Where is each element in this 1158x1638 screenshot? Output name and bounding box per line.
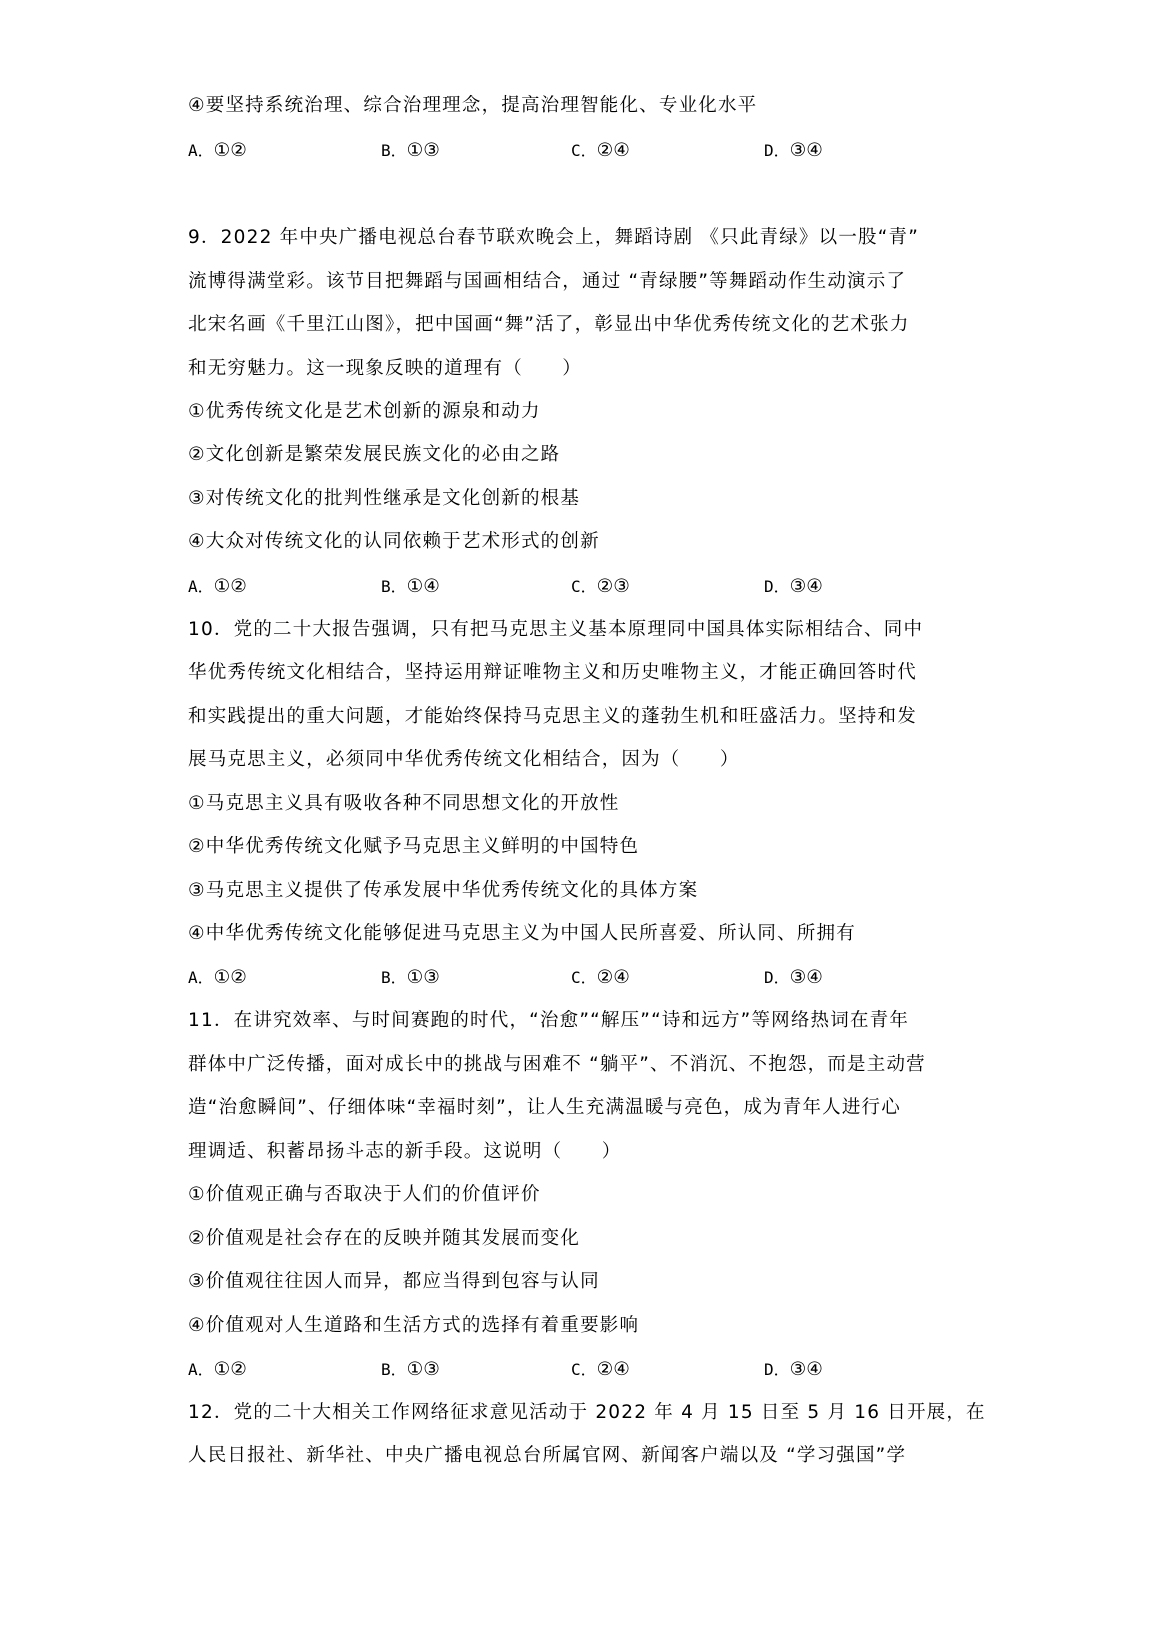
option-label: C． (571, 968, 597, 987)
option-value: ①② (214, 140, 247, 161)
q11-statement-2: ②价值观是社会存在的反映并随其发展而变化 (188, 1227, 580, 1251)
q8-option-d[interactable]: D．③④ (764, 139, 823, 163)
q9-statement-3: ③对传统文化的批判性继承是文化创新的根基 (188, 487, 580, 511)
q9-stem-line-4: 和无穷魅力。这一现象反映的道理有（ ） (188, 357, 582, 381)
q8-option-b[interactable]: B．①③ (381, 139, 440, 163)
option-value: ①② (214, 1359, 247, 1380)
q11-option-a[interactable]: A．①② (188, 1358, 247, 1382)
q10-stem-line-1: 10．党的二十大报告强调，只有把马克思主义基本原理同中国具体实际相结合、同中 (188, 618, 923, 642)
option-label: A． (188, 1360, 214, 1379)
option-value: ③④ (790, 1359, 823, 1380)
q9-option-b[interactable]: B．①④ (381, 575, 440, 599)
option-value: ①③ (407, 140, 440, 161)
q9-stem-line-3: 北宋名画《千里江山图》，把中国画“舞”活了，彰显出中华优秀传统文化的艺术张力 (188, 313, 910, 337)
q11-statement-4: ④价值观对人生道路和生活方式的选择有着重要影响 (188, 1314, 639, 1338)
option-label: A． (188, 577, 214, 596)
option-value: ②④ (597, 1359, 630, 1380)
option-label: B． (381, 1360, 407, 1379)
q12-stem-line-1: 12．党的二十大相关工作网络征求意见活动于 2022 年 4 月 15 日至 5… (188, 1401, 986, 1425)
q10-statement-3: ③马克思主义提供了传承发展中华优秀传统文化的具体方案 (188, 879, 698, 903)
option-label: A． (188, 968, 214, 987)
q8-statement-4: ④要坚持系统治理、综合治理理念，提高治理智能化、专业化水平 (188, 94, 757, 118)
q9-stem-line-1: 9．2022 年中央广播电视总台春节联欢晚会上，舞蹈诗剧 《只此青绿》以一股“青… (188, 226, 919, 250)
q11-statement-3: ③价值观往往因人而异，都应当得到包容与认同 (188, 1270, 600, 1294)
option-label: C． (571, 141, 597, 160)
option-label: C． (571, 1360, 597, 1379)
q11-option-c[interactable]: C．②④ (571, 1358, 630, 1382)
q10-option-d[interactable]: D．③④ (764, 966, 823, 990)
q10-stem-line-3: 和实践提出的重大问题，才能始终保持马克思主义的蓬勃生机和旺盛活力。坚持和发 (188, 705, 917, 729)
q11-stem-line-2: 群体中广泛传播，面对成长中的挑战与困难不 “躺平”、不消沉、不抱怨，而是主动营 (188, 1053, 926, 1077)
option-label: B． (381, 968, 407, 987)
option-value: ①③ (407, 967, 440, 988)
option-label: C． (571, 577, 597, 596)
option-label: A． (188, 141, 214, 160)
option-label: B． (381, 141, 407, 160)
q10-stem-line-4: 展马克思主义，必须同中华优秀传统文化相结合，因为（ ） (188, 748, 740, 772)
q11-stem-line-3: 造“治愈瞬间”、仔细体味“幸福时刻”，让人生充满温暖与亮色，成为青年人进行心 (188, 1096, 901, 1120)
q8-option-a[interactable]: A．①② (188, 139, 247, 163)
option-value: ③④ (790, 140, 823, 161)
option-label: D． (764, 1360, 790, 1379)
q10-statement-4: ④中华优秀传统文化能够促进马克思主义为中国人民所喜爱、所认同、所拥有 (188, 922, 856, 946)
exam-page: ④要坚持系统治理、综合治理理念，提高治理智能化、专业化水平 A．①② B．①③ … (0, 0, 1158, 1638)
option-value: ②④ (597, 140, 630, 161)
q10-statement-2: ②中华优秀传统文化赋予马克思主义鲜明的中国特色 (188, 835, 639, 859)
option-label: B． (381, 577, 407, 596)
q11-stem-line-4: 理调适、积蓄昂扬斗志的新手段。这说明（ ） (188, 1140, 621, 1164)
q9-option-d[interactable]: D．③④ (764, 575, 823, 599)
q10-option-a[interactable]: A．①② (188, 966, 247, 990)
q10-option-c[interactable]: C．②④ (571, 966, 630, 990)
q10-stem-line-2: 华优秀传统文化相结合，坚持运用辩证唯物主义和历史唯物主义，才能正确回答时代 (188, 661, 917, 685)
option-value: ①② (214, 576, 247, 597)
option-value: ②④ (597, 967, 630, 988)
q9-option-c[interactable]: C．②③ (571, 575, 630, 599)
q11-statement-1: ①价值观正确与否取决于人们的价值评价 (188, 1183, 541, 1207)
q11-option-b[interactable]: B．①③ (381, 1358, 440, 1382)
option-label: D． (764, 968, 790, 987)
q8-option-c[interactable]: C．②④ (571, 139, 630, 163)
q10-statement-1: ①马克思主义具有吸收各种不同思想文化的开放性 (188, 792, 620, 816)
option-label: D． (764, 141, 790, 160)
q11-option-d[interactable]: D．③④ (764, 1358, 823, 1382)
q9-option-a[interactable]: A．①② (188, 575, 247, 599)
option-value: ②③ (597, 576, 630, 597)
q12-stem-line-2: 人民日报社、新华社、中央广播电视总台所属官网、新闻客户端以及 “学习强国”学 (188, 1444, 906, 1468)
option-value: ①④ (407, 576, 440, 597)
q9-stem-line-2: 流博得满堂彩。该节目把舞蹈与国画相结合，通过 “青绿腰”等舞蹈动作生动演示了 (188, 270, 906, 294)
q9-statement-1: ①优秀传统文化是艺术创新的源泉和动力 (188, 400, 541, 424)
q10-option-b[interactable]: B．①③ (381, 966, 440, 990)
option-label: D． (764, 577, 790, 596)
option-value: ①③ (407, 1359, 440, 1380)
q9-statement-4: ④大众对传统文化的认同依赖于艺术形式的创新 (188, 530, 600, 554)
q11-stem-line-1: 11．在讲究效率、与时间赛跑的时代，“治愈”“解压”“诗和远方”等网络热词在青年 (188, 1009, 909, 1033)
option-value: ③④ (790, 967, 823, 988)
option-value: ③④ (790, 576, 823, 597)
q9-statement-2: ②文化创新是繁荣发展民族文化的必由之路 (188, 443, 560, 467)
option-value: ①② (214, 967, 247, 988)
